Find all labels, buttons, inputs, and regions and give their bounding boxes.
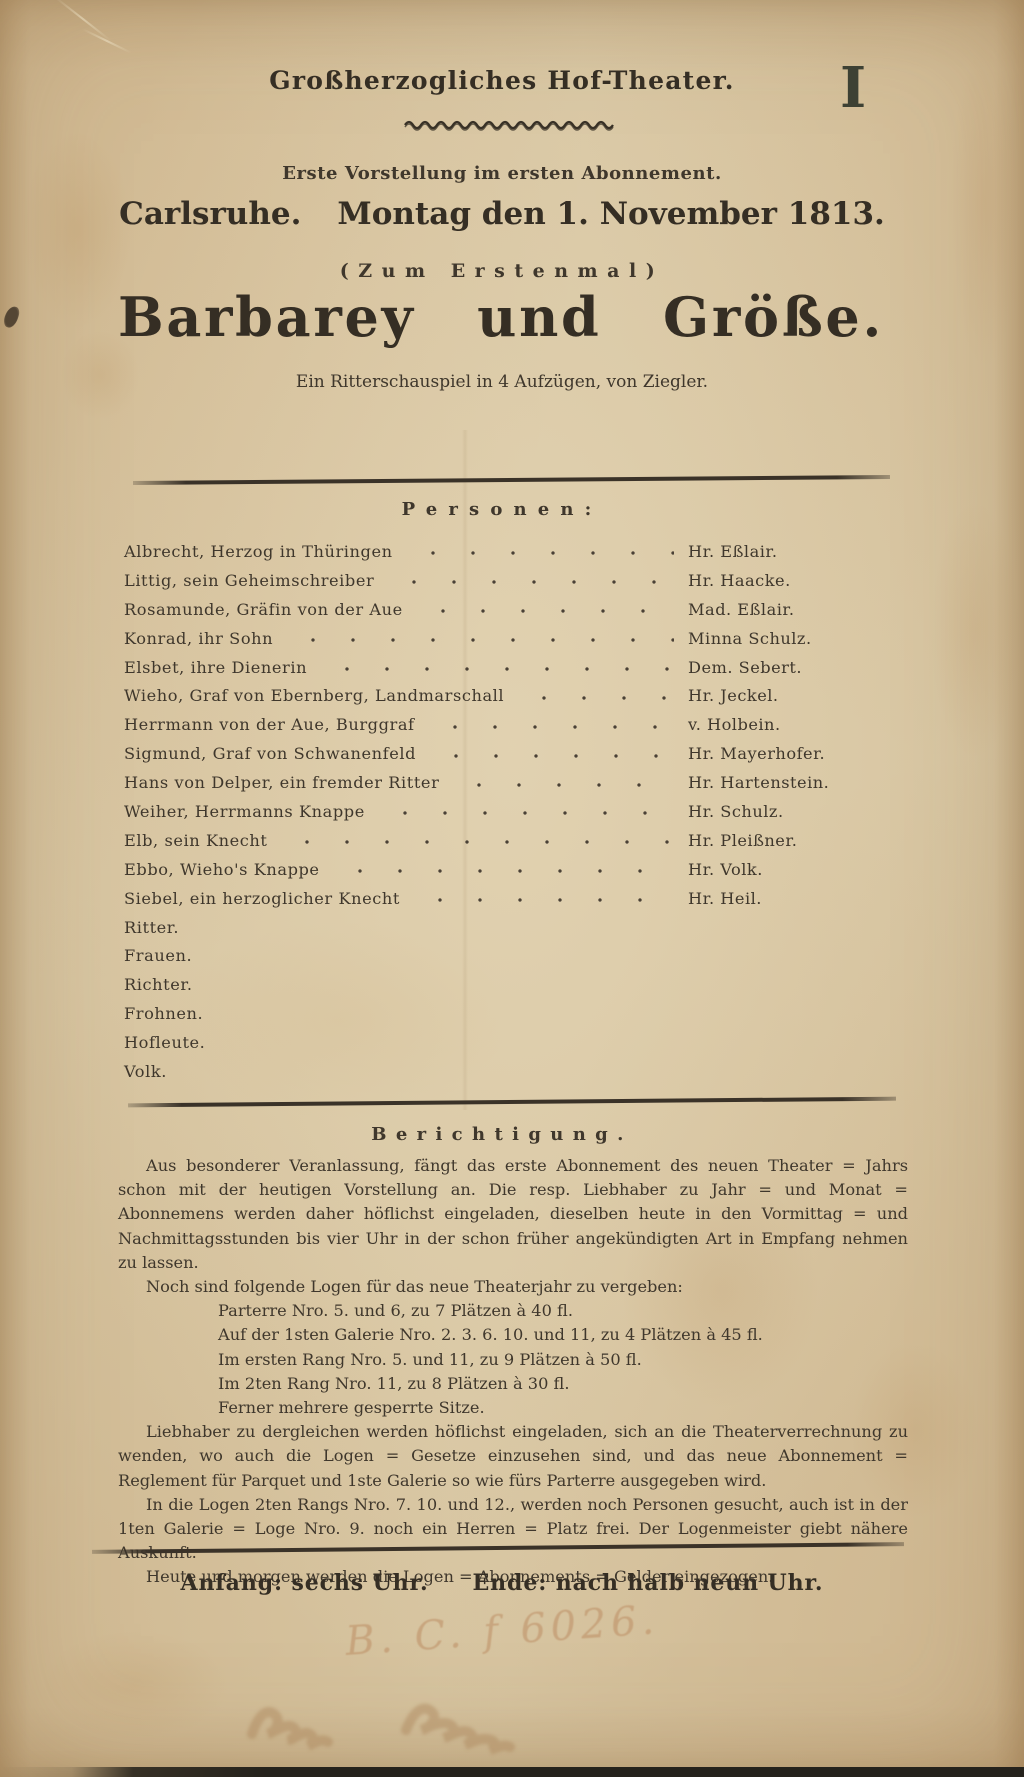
dot-leader: [394, 579, 674, 585]
dot-leader: [385, 810, 674, 816]
table-row: Sigmund, Graf von SchwanenfeldHr. Mayerh…: [124, 739, 894, 768]
play-title-word: und: [477, 290, 601, 344]
table-row: Hofleute.: [124, 1028, 894, 1057]
page-numeral: I: [840, 60, 866, 116]
cast-role: Wieho, Graf von Ebernberg, Landmarschall: [124, 686, 504, 705]
extras-role: Hofleute.: [124, 1033, 205, 1052]
logen-item: Parterre Nro. 5. und 6, zu 7 Plätzen à 4…: [218, 1299, 908, 1323]
table-row: Elb, sein KnechtHr. Pleißner.: [124, 826, 894, 855]
table-row: Frauen.: [124, 941, 894, 970]
paragraph: Liebhaber zu dergleichen werden höflichs…: [118, 1420, 908, 1493]
personen-divider: [133, 475, 890, 485]
extras-role: Ritter.: [124, 918, 179, 937]
table-row: Elsbet, ihre DienerinDem. Sebert.: [124, 653, 894, 682]
berichtigung-divider: [128, 1097, 896, 1108]
cast-actor: Hr. Mayerhofer.: [688, 744, 894, 763]
play-subtitle: Ein Ritterschauspiel in 4 Aufzügen, von …: [0, 372, 1004, 392]
dot-leader: [327, 666, 674, 672]
cast-role: Littig, sein Geheimschreiber: [124, 571, 374, 590]
cast-role: Hans von Delper, ein fremder Ritter: [124, 773, 439, 792]
dot-leader: [340, 868, 674, 874]
table-row: Siebel, ein herzoglicher KnechtHr. Heil.: [124, 884, 894, 913]
cast-actor: v. Holbein.: [688, 715, 894, 734]
cast-actor: Hr. Haacke.: [688, 571, 894, 590]
paper-crease: [55, 0, 111, 41]
logen-item: Im 2ten Rang Nro. 11, zu 8 Plätzen à 30 …: [218, 1372, 908, 1396]
logen-item: Auf der 1sten Galerie Nro. 2. 3. 6. 10. …: [218, 1323, 908, 1347]
cast-role: Elsbet, ihre Dienerin: [124, 658, 307, 677]
table-row: Konrad, ihr SohnMinna Schulz.: [124, 624, 894, 653]
play-title: Barbarey und Größe.: [118, 290, 884, 344]
table-row: Littig, sein GeheimschreiberHr. Haacke.: [124, 566, 894, 595]
paper-crease: [82, 28, 131, 53]
dot-leader: [423, 608, 674, 614]
berichtigung-text: Aus besonderer Veranlassung, fängt das e…: [118, 1154, 908, 1590]
dot-leader: [420, 897, 674, 903]
table-row: Ebbo, Wieho's KnappeHr. Volk.: [124, 855, 894, 884]
table-row: Albrecht, Herzog in ThüringenHr. Eßlair.: [124, 537, 894, 566]
playbill-sheet: Großherzogliches Hof-Theater. I Erste Vo…: [0, 0, 1024, 1777]
stain: [40, 1630, 230, 1740]
date-text: Montag den 1. November 1813.: [337, 196, 884, 232]
paragraph: Noch sind folgende Logen für das neue Th…: [118, 1275, 908, 1299]
cast-list: Albrecht, Herzog in ThüringenHr. Eßlair.…: [124, 537, 894, 1086]
cast-role: Albrecht, Herzog in Thüringen: [124, 542, 393, 561]
paragraph: In die Logen 2ten Rangs Nro. 7. 10. und …: [118, 1493, 908, 1566]
dot-leader: [524, 695, 674, 701]
cast-actor: Hr. Hartenstein.: [688, 773, 894, 792]
dot-leader: [435, 724, 674, 730]
play-title-word: Größe.: [663, 290, 884, 344]
stain: [930, 500, 1020, 760]
paragraph: Aus besonderer Veranlassung, fängt das e…: [118, 1154, 908, 1275]
cast-actor: Hr. Pleißner.: [688, 831, 894, 850]
extras-role: Volk.: [124, 1062, 167, 1081]
dot-leader: [413, 550, 674, 556]
subscription-note: Erste Vorstellung im ersten Abonnement.: [0, 163, 1004, 184]
dot-leader: [436, 753, 674, 759]
cast-actor: Mad. Eßlair.: [688, 600, 894, 619]
anfang-text: Anfang: sechs Uhr.: [181, 1570, 429, 1596]
table-row: Weiher, Herrmanns KnappeHr. Schulz.: [124, 797, 894, 826]
cast-role: Siebel, ein herzoglicher Knecht: [124, 889, 400, 908]
cast-actor: Hr. Jeckel.: [688, 686, 894, 705]
cast-role: Konrad, ihr Sohn: [124, 629, 273, 648]
extras-role: Frauen.: [124, 946, 192, 965]
dot-leader: [287, 839, 674, 845]
dot-leader: [293, 637, 674, 643]
cast-actor: Hr. Heil.: [688, 889, 894, 908]
table-row: Richter.: [124, 970, 894, 999]
cast-role: Weiher, Herrmanns Knappe: [124, 802, 365, 821]
showtimes: Anfang: sechs Uhr. Ende: nach halb neun …: [0, 1570, 1004, 1596]
city-name: Carlsruhe.: [119, 196, 301, 232]
dot-leader: [459, 782, 674, 788]
table-row: Rosamunde, Gräfin von der AueMad. Eßlair…: [124, 595, 894, 624]
premiere-note: (Zum Erstenmal): [0, 260, 1004, 282]
personen-heading: Personen:: [0, 499, 1004, 520]
table-row: Ritter.: [124, 913, 894, 942]
logen-item: Im ersten Rang Nro. 5. und 11, zu 9 Plät…: [218, 1348, 908, 1372]
cast-actor: Hr. Schulz.: [688, 802, 894, 821]
play-title-word: Barbarey: [118, 290, 416, 344]
cast-actor: Dem. Sebert.: [688, 658, 894, 677]
table-row: Wieho, Graf von Ebernberg, Landmarschall…: [124, 681, 894, 710]
cast-role: Sigmund, Graf von Schwanenfeld: [124, 744, 416, 763]
wavy-divider: [402, 118, 618, 132]
cast-role: Elb, sein Knecht: [124, 831, 267, 850]
logen-list: Parterre Nro. 5. und 6, zu 7 Plätzen à 4…: [218, 1299, 908, 1420]
handwritten-number: B. C. f 6026.: [344, 1589, 776, 1665]
date-line: Carlsruhe. Montag den 1. November 1813.: [0, 196, 1004, 232]
cast-actor: Minna Schulz.: [688, 629, 894, 648]
handwritten-scribble: [238, 1686, 608, 1758]
extras-role: Frohnen.: [124, 1004, 203, 1023]
cast-actor: Hr. Eßlair.: [688, 542, 894, 561]
extras-role: Richter.: [124, 975, 193, 994]
logen-item: Ferner mehrere gesperrte Sitze.: [218, 1396, 908, 1420]
table-row: Herrmann von der Aue, Burggrafv. Holbein…: [124, 710, 894, 739]
table-row: Frohnen.: [124, 999, 894, 1028]
table-row: Hans von Delper, ein fremder RitterHr. H…: [124, 768, 894, 797]
cast-role: Rosamunde, Gräfin von der Aue: [124, 600, 403, 619]
table-row: Volk.: [124, 1057, 894, 1086]
cast-actor: Hr. Volk.: [688, 860, 894, 879]
berichtigung-heading: Berichtigung.: [0, 1124, 1004, 1145]
cast-role: Ebbo, Wieho's Knappe: [124, 860, 320, 879]
cast-role: Herrmann von der Aue, Burggraf: [124, 715, 415, 734]
bottom-edge-shadow: [0, 1767, 1024, 1777]
ink-blot: [2, 305, 21, 330]
